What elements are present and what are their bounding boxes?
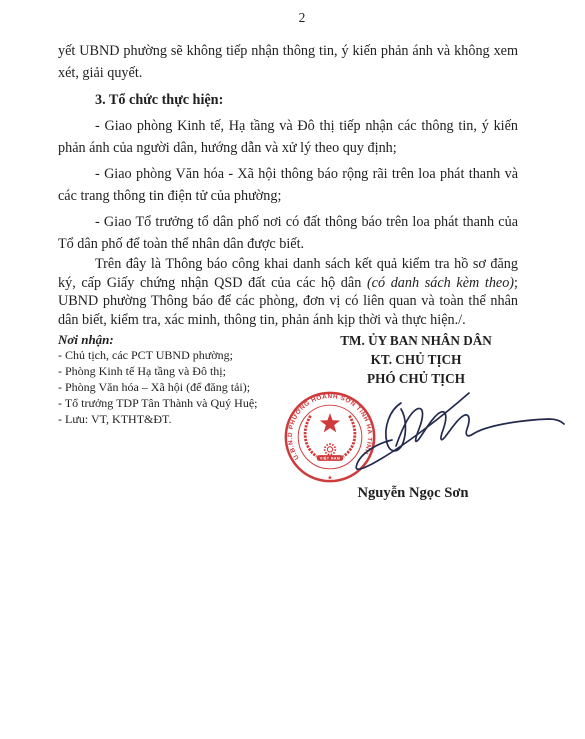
document-page: 2 yết UBND phường sẽ không tiếp nhận thô… xyxy=(0,0,585,739)
handwritten-signature xyxy=(345,387,575,497)
seal-center-text: VIỆT NAM xyxy=(320,456,340,461)
signoff-section: Nơi nhận: - Chủ tịch, các PCT UBND phườn… xyxy=(58,331,518,541)
authority-signature-block: TM. ỦY BAN NHÂN DÂN KT. CHỦ TỊCH PHÓ CHỦ… xyxy=(320,332,512,388)
recipients-label: Nơi nhận: xyxy=(58,332,318,348)
section-heading: 3. Tổ chức thực hiện: xyxy=(58,89,518,111)
closing-text-italic: (có danh sách kèm theo) xyxy=(367,275,514,291)
star-icon xyxy=(320,414,340,433)
page-number: 2 xyxy=(58,8,518,28)
paragraph-bullet-1: - Giao phòng Kinh tế, Hạ tầng và Đô thị … xyxy=(58,115,518,159)
recipient-item: - Phòng Kinh tế Hạ tầng và Đô thị; xyxy=(58,364,318,380)
recipient-item: - Chủ tịch, các PCT UBND phường; xyxy=(58,348,318,364)
signer-name: Nguyễn Ngọc Sơn xyxy=(323,484,503,502)
paragraph-continuation: yết UBND phường sẽ không tiếp nhận thông… xyxy=(58,40,518,84)
seal-bottom-star-icon: ★ xyxy=(327,475,333,482)
paragraph-bullet-2: - Giao phòng Văn hóa - Xã hội thông báo … xyxy=(58,163,518,207)
authority-line-1: TM. ỦY BAN NHÂN DÂN xyxy=(320,332,512,351)
authority-line-2: KT. CHỦ TỊCH xyxy=(320,351,512,370)
paragraph-closing: Trên đây là Thông báo công khai danh sác… xyxy=(58,255,518,329)
paragraph-bullet-3: - Giao Tổ trưởng tổ dân phố nơi có đất t… xyxy=(58,211,518,255)
